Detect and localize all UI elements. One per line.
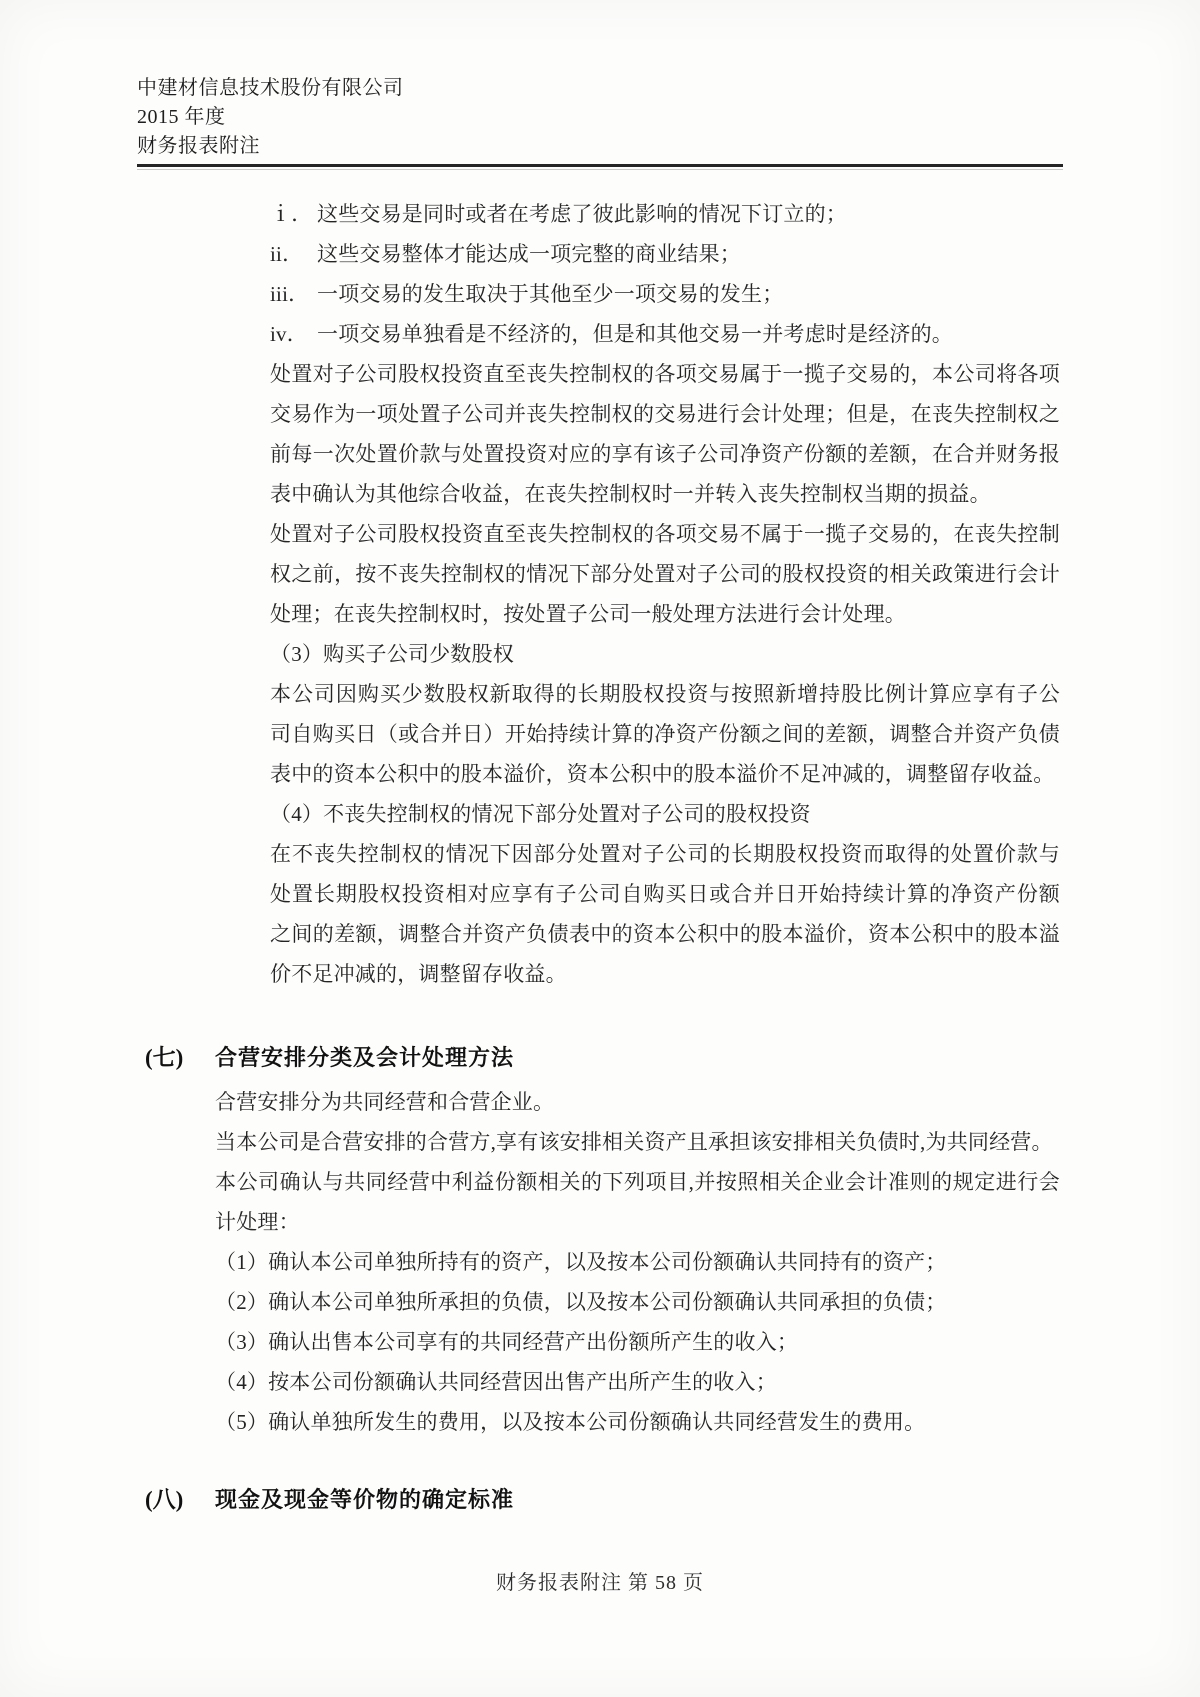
paragraph-line: 计处理： bbox=[215, 1202, 1060, 1242]
paragraph-line: 价不足冲减的，调整留存收益。 bbox=[270, 954, 1060, 994]
text-line: （3）确认出售本公司享有的共同经营产出份额所产生的收入； bbox=[215, 1322, 1060, 1362]
page-footer-text: 财务报表附注 第 58 页 bbox=[496, 1572, 704, 1594]
paragraph-line: 本公司确认与共同经营中利益份额相关的下列项目,并按照相关企业会计准则的规定进行会 bbox=[215, 1162, 1060, 1202]
text-line: 合营安排分为共同经营和合营企业。 bbox=[215, 1082, 1060, 1122]
paragraph-line: 处置长期股权投资相对应享有子公司自购买日或合并日开始持续计算的净资产份额 bbox=[270, 874, 1060, 914]
paragraph-line: 权之前，按不丧失控制权的情况下部分处置对子公司的股权投资的相关政策进行会计 bbox=[270, 554, 1060, 594]
list-item-text: 一项交易的发生取决于其他至少一项交易的发生； bbox=[317, 282, 783, 306]
company-name: 中建材信息技术股份有限公司 bbox=[137, 74, 1063, 103]
section-heading: (八)现金及现金等价物的确定标准 bbox=[0, 1480, 1200, 1520]
list-item: ｉ．这些交易是同时或者在考虑了彼此影响的情况下订立的； bbox=[270, 194, 1060, 234]
paragraph-line: 处理；在丧失控制权时，按处置子公司一般处理方法进行会计处理。 bbox=[270, 594, 1060, 634]
text-line: 当本公司是合营安排的合营方,享有该安排相关资产且承担该安排相关负债时,为共同经营… bbox=[215, 1122, 1060, 1162]
list-item-text: 这些交易是同时或者在考虑了彼此影响的情况下订立的； bbox=[317, 202, 847, 226]
paragraph-line: 司自购买日（或合并日）开始持续计算的净资产份额之间的差额，调整合并资产负债 bbox=[270, 714, 1060, 754]
paragraph-line: 之间的差额，调整合并资产负债表中的资本公积中的股本溢价，资本公积中的股本溢 bbox=[270, 914, 1060, 954]
section-title: 现金及现金等价物的确定标准 bbox=[215, 1487, 514, 1512]
list-item: iii．一项交易的发生取决于其他至少一项交易的发生； bbox=[270, 274, 1060, 314]
fiscal-year: 2015 年度 bbox=[137, 103, 1063, 132]
section-number: (八) bbox=[145, 1480, 215, 1520]
text-line: （1）确认本公司单独所持有的资产，以及按本公司份额确认共同持有的资产； bbox=[215, 1242, 1060, 1282]
sub-heading: （4）不丧失控制权的情况下部分处置对子公司的股权投资 bbox=[270, 794, 1060, 834]
header-divider-shadow bbox=[137, 169, 1063, 170]
section-heading: (七)合营安排分类及会计处理方法 bbox=[0, 1038, 1200, 1078]
text-line: （4）按本公司份额确认共同经营因出售产出所产生的收入； bbox=[215, 1362, 1060, 1402]
paragraph-line: 在不丧失控制权的情况下因部分处置对子公司的长期股权投资而取得的处置价款与 bbox=[270, 834, 1060, 874]
document-body: ｉ．这些交易是同时或者在考虑了彼此影响的情况下订立的；ii．这些交易整体才能达成… bbox=[0, 194, 1200, 1520]
paragraph-line: 处置对子公司股权投资直至丧失控制权的各项交易不属于一揽子交易的，在丧失控制 bbox=[270, 514, 1060, 554]
list-item: iv．一项交易单独看是不经济的，但是和其他交易一并考虑时是经济的。 bbox=[270, 314, 1060, 354]
list-item-marker: ｉ． bbox=[270, 194, 317, 234]
text-line: （2）确认本公司单独所承担的负债，以及按本公司份额确认共同承担的负债； bbox=[215, 1282, 1060, 1322]
list-item-marker: iii． bbox=[270, 274, 317, 314]
paragraph-line: 表中确认为其他综合收益，在丧失控制权时一并转入丧失控制权当期的损益。 bbox=[270, 474, 1060, 514]
text-line: （5）确认单独所发生的费用，以及按本公司份额确认共同经营发生的费用。 bbox=[215, 1402, 1060, 1442]
list-item-text: 一项交易单独看是不经济的，但是和其他交易一并考虑时是经济的。 bbox=[317, 322, 953, 346]
section-number: (七) bbox=[145, 1038, 215, 1078]
list-item-marker: ii． bbox=[270, 234, 317, 274]
page-footer: 财务报表附注 第 58 页 bbox=[0, 1563, 1200, 1603]
sub-heading: （3）购买子公司少数股权 bbox=[270, 634, 1060, 674]
list-item-text: 这些交易整体才能达成一项完整的商业结果； bbox=[317, 242, 741, 266]
paragraph-line: 表中的资本公积中的股本溢价，资本公积中的股本溢价不足冲减的，调整留存收益。 bbox=[270, 754, 1060, 794]
paragraph-line: 交易作为一项处置子公司并丧失控制权的交易进行会计处理；但是，在丧失控制权之 bbox=[270, 394, 1060, 434]
list-item: ii．这些交易整体才能达成一项完整的商业结果； bbox=[270, 234, 1060, 274]
list-item-marker: iv． bbox=[270, 314, 317, 354]
header-divider bbox=[137, 164, 1063, 167]
paragraph-line: 本公司因购买少数股权新取得的长期股权投资与按照新增持股比例计算应享有子公 bbox=[270, 674, 1060, 714]
paragraph-line: 处置对子公司股权投资直至丧失控制权的各项交易属于一揽子交易的，本公司将各项 bbox=[270, 354, 1060, 394]
document-page: 中建材信息技术股份有限公司 2015 年度 财务报表附注 ｉ．这些交易是同时或者… bbox=[0, 0, 1200, 1697]
paragraph-line: 前每一次处置价款与处置投资对应的享有该子公司净资产份额的差额，在合并财务报 bbox=[270, 434, 1060, 474]
page-header: 中建材信息技术股份有限公司 2015 年度 财务报表附注 bbox=[137, 0, 1063, 170]
section-title: 合营安排分类及会计处理方法 bbox=[215, 1045, 514, 1070]
document-title: 财务报表附注 bbox=[137, 132, 1063, 161]
